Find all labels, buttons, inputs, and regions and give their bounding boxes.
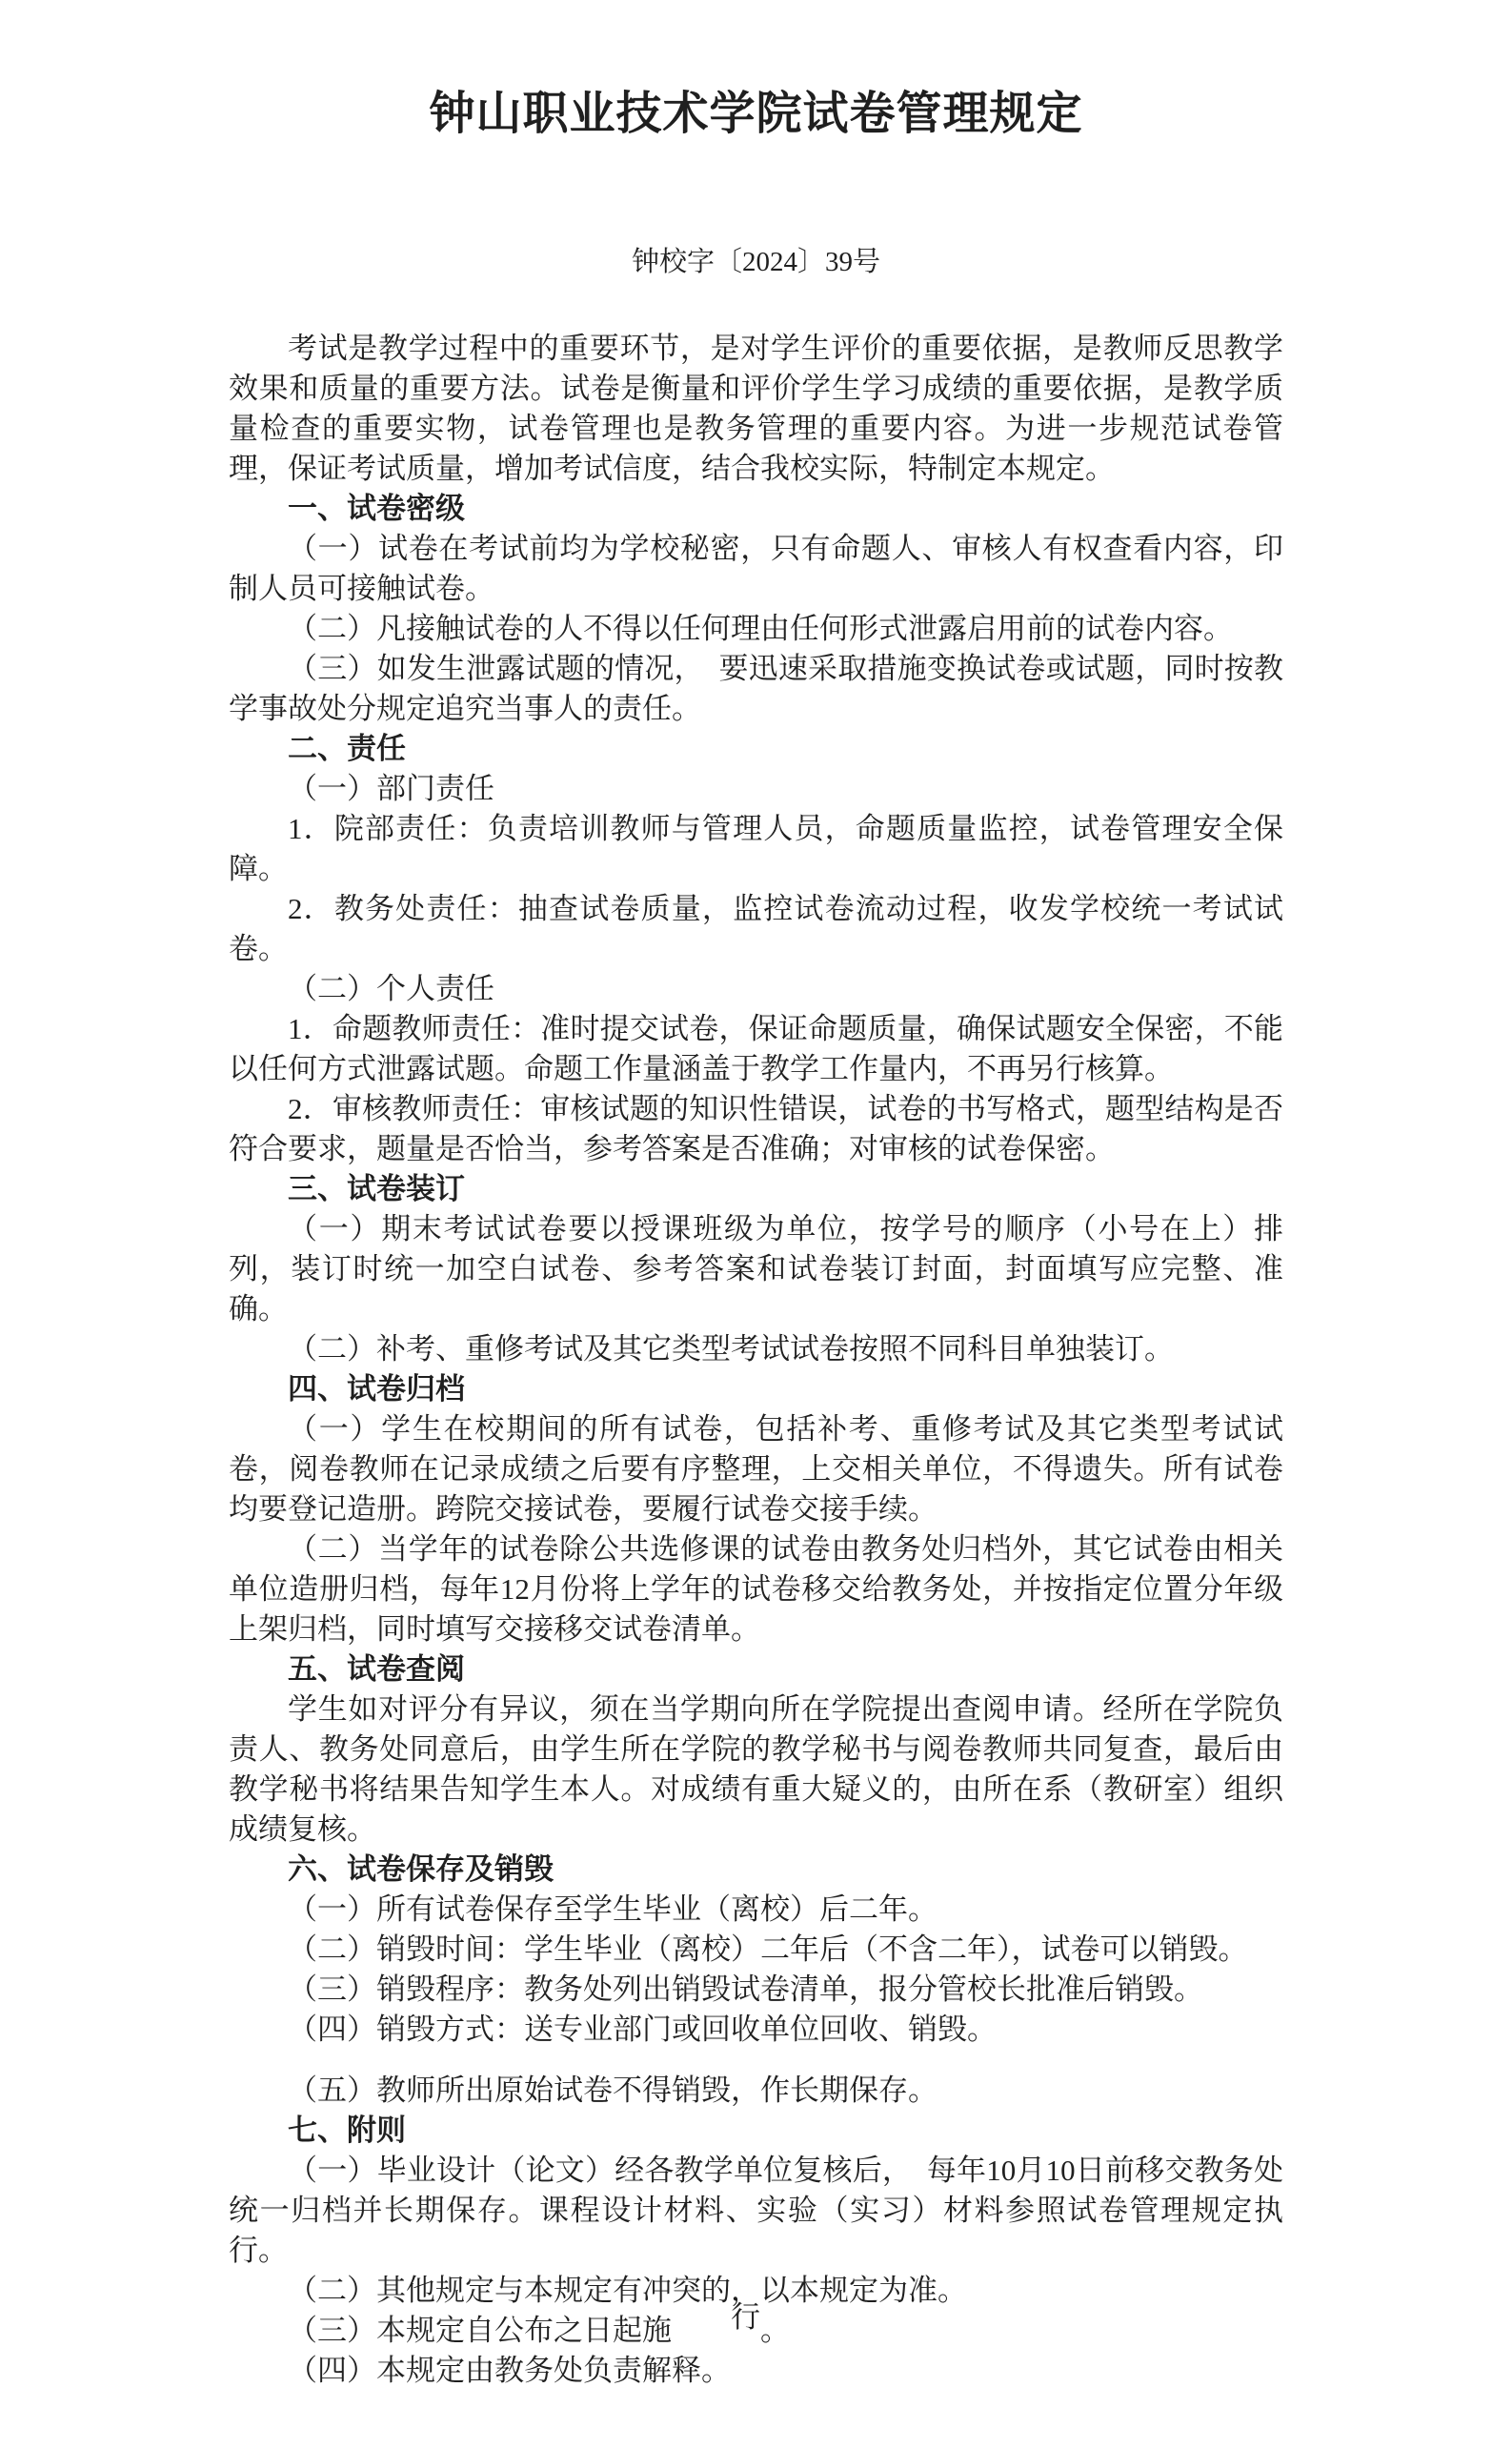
section-heading: 三、试卷装订 xyxy=(229,1169,1283,1209)
paragraph: （一）学生在校期间的所有试卷，包括补考、重修考试及其它类型考试试卷，阅卷教师在记… xyxy=(229,1409,1283,1529)
section-heading: 六、试卷保存及销毁 xyxy=(229,1850,1283,1890)
paragraph: 1．命题教师责任：准时提交试卷，保证命题质量，确保试题安全保密，不能以任何方式泄… xyxy=(229,1009,1283,1089)
document-title: 钟山职业技术学院试卷管理规定 xyxy=(229,90,1283,139)
section-heading: 五、试卷查阅 xyxy=(229,1649,1283,1689)
document-body: 考试是教学过程中的重要环节，是对学生评价的重要依据，是教师反思教学效果和质量的重… xyxy=(229,329,1283,2391)
section-heading: 七、附则 xyxy=(229,2111,1283,2151)
paragraph: 2．审核教师责任：审核试题的知识性错误，试卷的书写格式，题型结构是否符合要求，题… xyxy=(229,1089,1283,1169)
paragraph: （二）凡接触试卷的人不得以任何理由任何形式泄露启用前的试卷内容。 xyxy=(229,609,1283,649)
paragraph: （四）销毁方式：送专业部门或回收单位回收、销毁。 xyxy=(229,2010,1283,2050)
section-heading: 四、试卷归档 xyxy=(229,1369,1283,1409)
paragraph: （二）销毁时间：学生毕业（离校）二年后（不含二年），试卷可以销毁。 xyxy=(229,1930,1283,1970)
paragraph: 1．院部责任：负责培训教师与管理人员，命题质量监控，试卷管理安全保障。 xyxy=(229,809,1283,889)
paragraph: （二）个人责任 xyxy=(229,969,1283,1009)
document-number: 钟校字〔2024〕39号 xyxy=(229,246,1283,278)
paragraph: 学生如对评分有异议，须在当学期向所在学院提出查阅申请。经所在学院负责人、教务处同… xyxy=(229,1689,1283,1850)
paragraph: （二）补考、重修考试及其它类型考试试卷按照不同科目单独装订。 xyxy=(229,1329,1283,1369)
paragraph: （三）销毁程序：教务处列出销毁试卷清单，报分管校长批准后销毁。 xyxy=(229,1970,1283,2010)
raised-char: 行 xyxy=(672,2297,760,2337)
paragraph: （四）本规定由教务处负责解释。 xyxy=(229,2351,1283,2391)
paragraph: （一）所有试卷保存至学生毕业（离校）后二年。 xyxy=(229,1890,1283,1930)
paragraph: （三）本规定自公布之日起施行。 xyxy=(229,2311,1283,2351)
sections: 一、试卷密级（一）试卷在考试前均为学校秘密，只有命题人、审核人有权查看内容，印制… xyxy=(229,489,1283,2391)
paragraph: （一）试卷在考试前均为学校秘密，只有命题人、审核人有权查看内容，印制人员可接触试… xyxy=(229,529,1283,609)
paragraph: （一）毕业设计（论文）经各教学单位复核后， 每年10月10日前移交教务处统一归档… xyxy=(229,2151,1283,2271)
paragraph: （一）部门责任 xyxy=(229,769,1283,809)
paragraph: （五）教师所出原始试卷不得销毁，作长期保存。 xyxy=(229,2071,1283,2111)
section-heading: 二、责任 xyxy=(229,729,1283,769)
document-page: 钟山职业技术学院试卷管理规定 钟校字〔2024〕39号 考试是教学过程中的重要环… xyxy=(0,0,1512,2448)
section-heading: 一、试卷密级 xyxy=(229,489,1283,529)
paragraph: （一）期末考试试卷要以授课班级为单位，按学号的顺序（小号在上）排列，装订时统一加… xyxy=(229,1209,1283,1329)
intro-paragraph: 考试是教学过程中的重要环节，是对学生评价的重要依据，是教师反思教学效果和质量的重… xyxy=(229,329,1283,489)
paragraph: 2．教务处责任：抽查试卷质量，监控试卷流动过程，收发学校统一考试试卷。 xyxy=(229,889,1283,969)
paragraph: （二）当学年的试卷除公共选修课的试卷由教务处归档外，其它试卷由相关单位造册归档，… xyxy=(229,1529,1283,1649)
paragraph: （三）如发生泄露试题的情况， 要迅速采取措施变换试卷或试题，同时按教学事故处分规… xyxy=(229,649,1283,729)
